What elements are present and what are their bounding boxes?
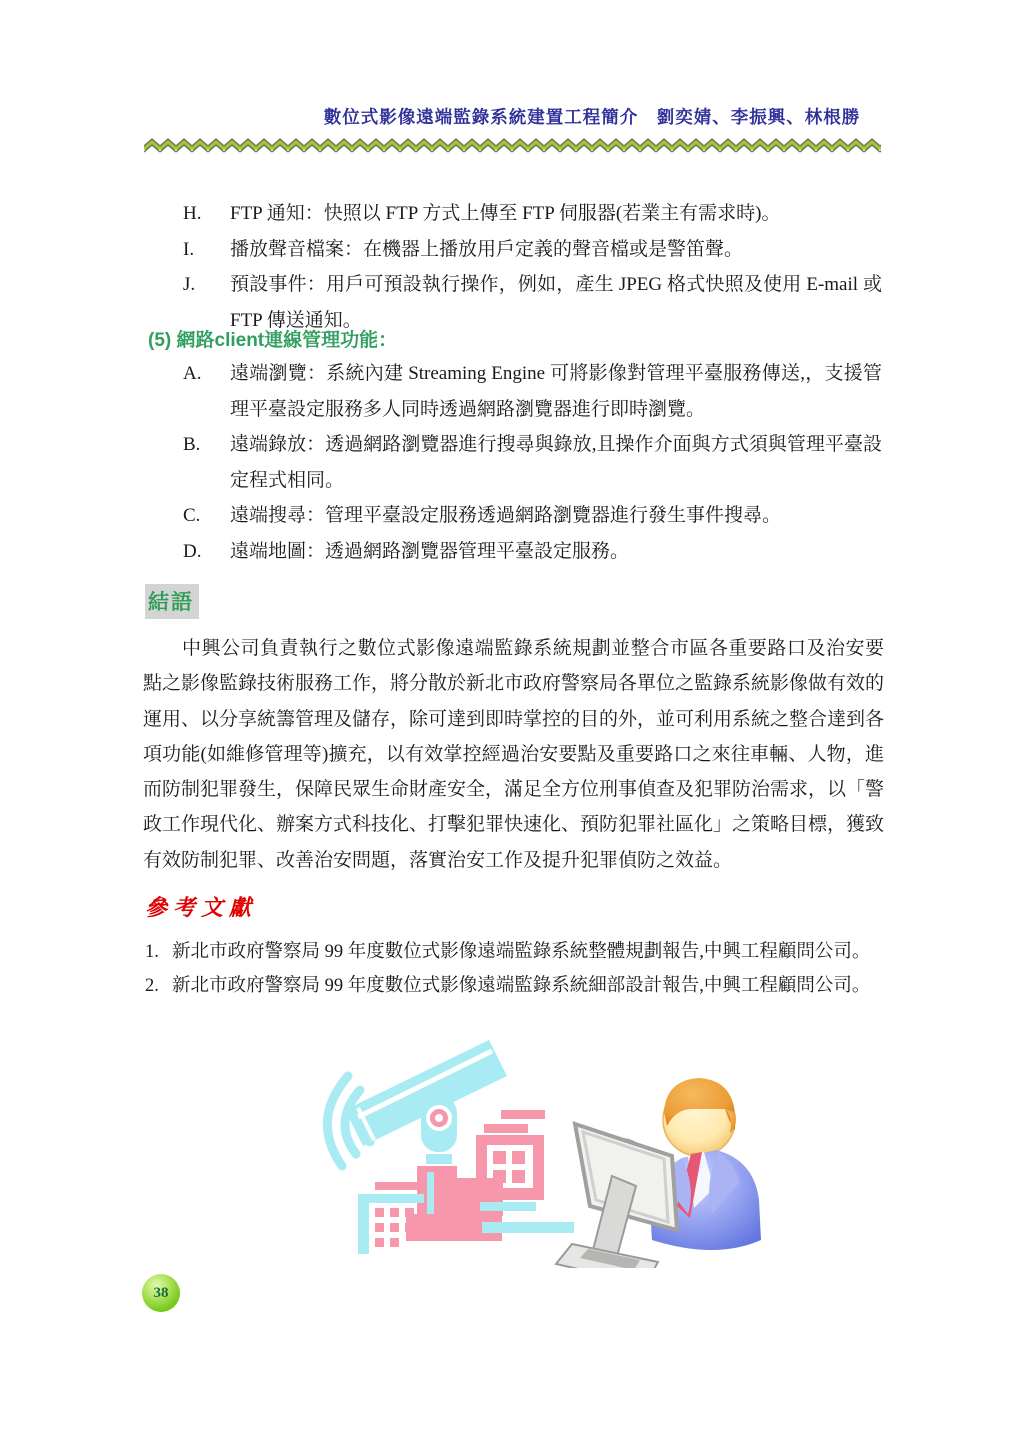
- section-5-list: A. 遠端瀏覽：系統內建 Streaming Engine 可將影像對管理平臺服…: [183, 356, 883, 569]
- list-item: I. 播放聲音檔案：在機器上播放用戶定義的聲音檔或是警笛聲。: [183, 232, 883, 268]
- reference-text: 新北市政府警察局 99 年度數位式影像遠端監錄系統整體規劃報告,中興工程顧問公司…: [172, 936, 887, 970]
- references-list: 1. 新北市政府警察局 99 年度數位式影像遠端監錄系統整體規劃報告,中興工程顧…: [145, 936, 887, 1003]
- list-marker: J.: [183, 267, 230, 303]
- list-marker: D.: [183, 534, 230, 570]
- conclusion-heading-highlight: 結語: [145, 584, 199, 619]
- document-page: 數位式影像遠端監錄系統建置工程簡介 劉奕婧、李振興、林根勝 H. FTP 通知：…: [0, 0, 1024, 1448]
- list-marker: I.: [183, 232, 230, 268]
- list-item-text: 遠端地圖：透過網路瀏覽器管理平臺設定服務。: [230, 534, 882, 570]
- reference-marker: 2.: [145, 970, 172, 1004]
- list-item: B. 遠端錄放：透過網路瀏覽器進行搜尋與錄放,且操作介面與方式須與管理平臺設定程…: [183, 427, 883, 498]
- list-item: A. 遠端瀏覽：系統內建 Streaming Engine 可將影像對管理平臺服…: [183, 356, 883, 427]
- feature-list-hij: H. FTP 通知：快照以 FTP 方式上傳至 FTP 伺服器(若業主有需求時)…: [183, 196, 883, 338]
- list-item: C. 遠端搜尋：管理平臺設定服務透過網路瀏覽器進行發生事件搜尋。: [183, 498, 883, 534]
- list-item: H. FTP 通知：快照以 FTP 方式上傳至 FTP 伺服器(若業主有需求時)…: [183, 196, 883, 232]
- page-number-badge: 38: [142, 1274, 180, 1312]
- conclusion-heading: 結語: [145, 584, 199, 619]
- reference-item: 1. 新北市政府警察局 99 年度數位式影像遠端監錄系統整體規劃報告,中興工程顧…: [145, 936, 887, 970]
- header-divider-zigzag: [144, 138, 881, 155]
- monitor-icon: [556, 1124, 677, 1268]
- reference-marker: 1.: [145, 936, 172, 970]
- list-item-text: 遠端搜尋：管理平臺設定服務透過網路瀏覽器進行發生事件搜尋。: [230, 498, 882, 534]
- surveillance-illustration: [296, 1038, 796, 1268]
- conclusion-paragraph: 中興公司負責執行之數位式影像遠端監錄系統規劃並整合市區各重要路口及治安要點之影像…: [143, 631, 884, 878]
- cctv-camera-icon: [327, 1040, 574, 1254]
- list-item-text: 遠端錄放：透過網路瀏覽器進行搜尋與錄放,且操作介面與方式須與管理平臺設定程式相同…: [230, 427, 882, 498]
- page-number: 38: [154, 1285, 169, 1302]
- section-5-heading: (5) 網路client連線管理功能：: [148, 325, 397, 352]
- list-marker: B.: [183, 427, 230, 463]
- list-marker: H.: [183, 196, 230, 232]
- list-marker: A.: [183, 356, 230, 392]
- list-item-text: 遠端瀏覽：系統內建 Streaming Engine 可將影像對管理平臺服務傳送…: [230, 356, 882, 427]
- reference-text: 新北市政府警察局 99 年度數位式影像遠端監錄系統細部設計報告,中興工程顧問公司…: [172, 970, 887, 1004]
- reference-item: 2. 新北市政府警察局 99 年度數位式影像遠端監錄系統細部設計報告,中興工程顧…: [145, 970, 887, 1004]
- zigzag-pattern-icon: [144, 138, 881, 155]
- list-item-text: 播放聲音檔案：在機器上播放用戶定義的聲音檔或是警笛聲。: [230, 232, 882, 268]
- page-title: 數位式影像遠端監錄系統建置工程簡介 劉奕婧、李振興、林根勝: [160, 104, 1024, 129]
- references-heading: 參考文獻: [145, 891, 257, 922]
- list-marker: C.: [183, 498, 230, 534]
- list-item-text: FTP 通知：快照以 FTP 方式上傳至 FTP 伺服器(若業主有需求時)。: [230, 196, 882, 232]
- list-item: D. 遠端地圖：透過網路瀏覽器管理平臺設定服務。: [183, 534, 883, 570]
